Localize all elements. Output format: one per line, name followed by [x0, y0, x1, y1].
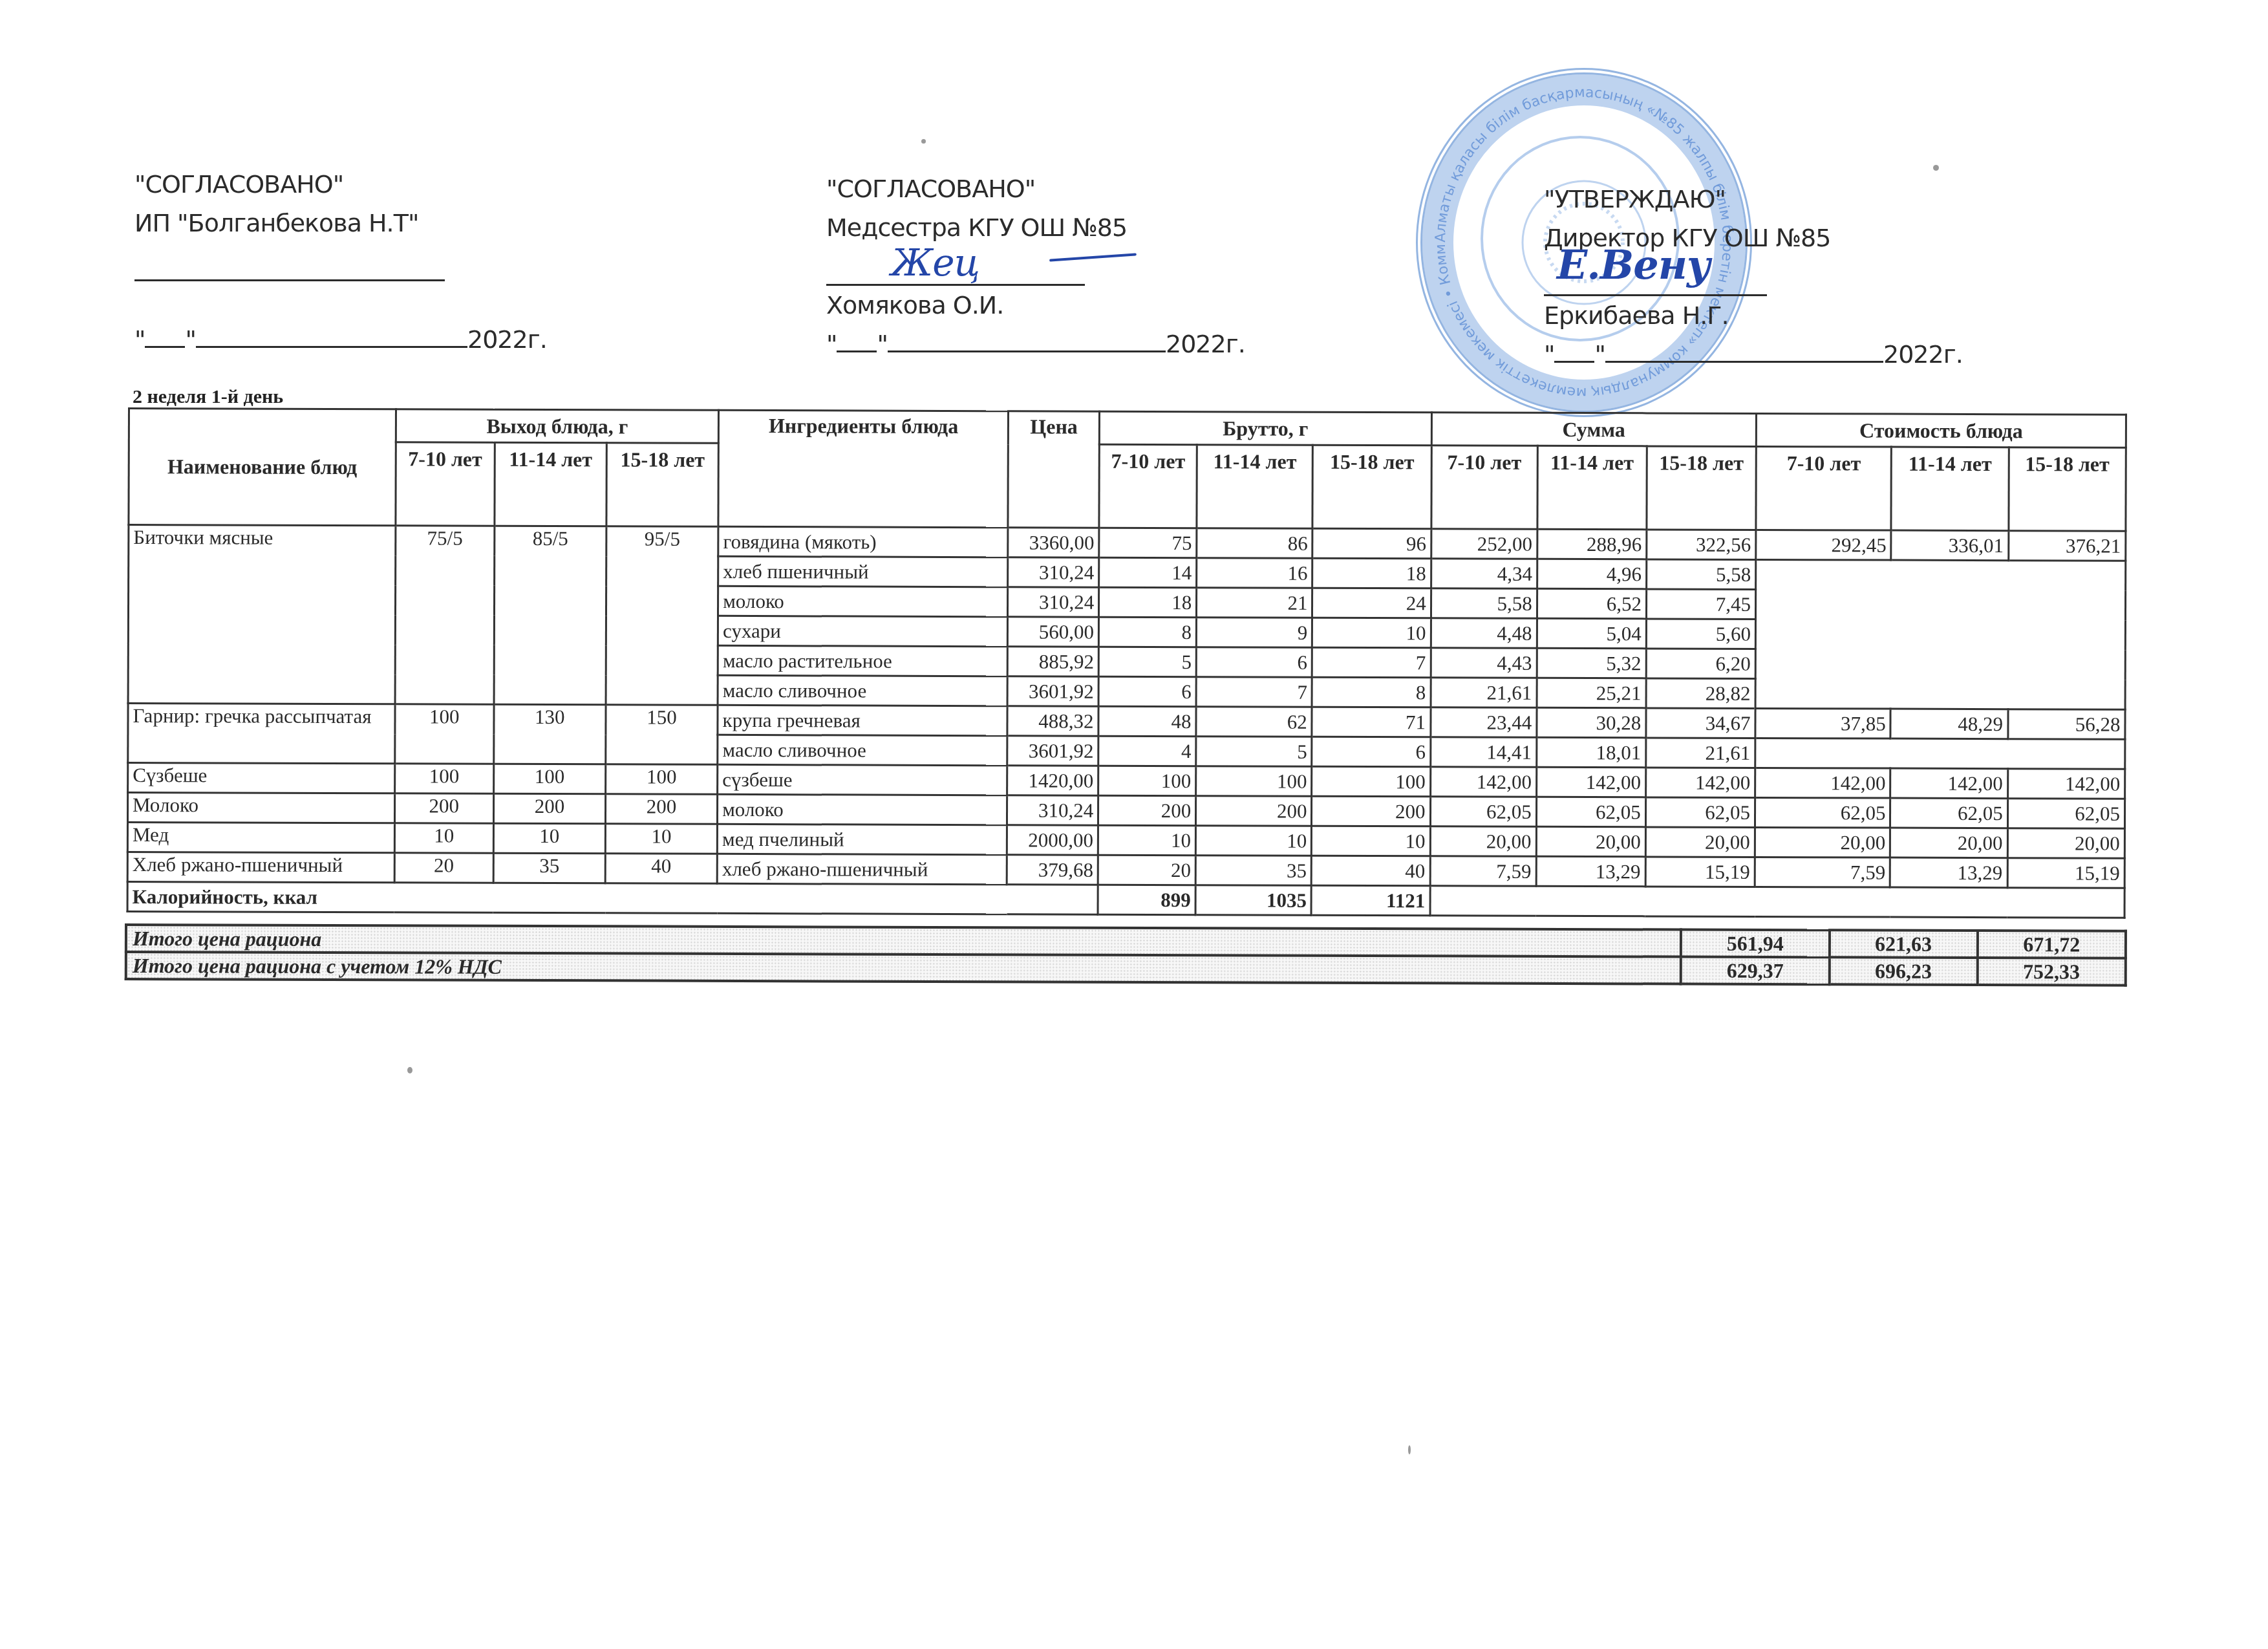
- dish-cost: 37,85: [1755, 708, 1891, 738]
- ingredient-brutto: 86: [1197, 528, 1312, 559]
- totals-value: 671,72: [1978, 931, 2126, 958]
- ingredient-sum: 288,96: [1537, 529, 1646, 559]
- signature-stroke: [1049, 253, 1137, 261]
- totals-value: 561,94: [1681, 930, 1829, 958]
- ingredient-name: говядина (мякоть): [718, 526, 1008, 557]
- ingredient-price: 3601,92: [1007, 676, 1098, 706]
- approval-block-director: "УТВЕРЖДАЮ" Директор КГУ ОШ №85 Е.Вену Е…: [1544, 180, 1963, 374]
- dish-cost: 20,00: [2007, 828, 2125, 859]
- ingredient-brutto: 10: [1098, 825, 1195, 855]
- ingredient-sum: 5,04: [1537, 618, 1646, 649]
- scan-speck: [1933, 165, 1939, 171]
- dish-cost: 7,59: [1755, 857, 1890, 887]
- ingredient-price: 3601,92: [1007, 736, 1098, 766]
- ingredient-sum: 4,48: [1431, 618, 1537, 649]
- ingredient-sum: 62,05: [1536, 797, 1645, 827]
- calories-value: 1121: [1311, 885, 1429, 916]
- month-blank: [1605, 341, 1883, 363]
- ingredient-sum: 7,45: [1646, 589, 1755, 620]
- ingredient-price: 1420,00: [1007, 766, 1098, 795]
- totals-value: 752,33: [1977, 958, 2125, 986]
- dish-yield: 100: [493, 764, 605, 794]
- ingredient-price: 560,00: [1008, 617, 1099, 647]
- dish-cost: 48,29: [1890, 709, 2007, 739]
- ingredient-name: мед пчелиный: [718, 824, 1007, 854]
- ingredient-name: хлеб ржано-пшеничный: [717, 854, 1007, 884]
- menu-table: Наименование блюд Выход блюда, г Ингреди…: [127, 407, 2127, 919]
- ingredient-brutto: 96: [1312, 528, 1431, 559]
- dish-yield: 10: [394, 823, 493, 853]
- ingredient-sum: 62,05: [1645, 797, 1755, 828]
- dish-name: Гарнир: гречка рассыпчатая: [128, 704, 395, 764]
- dish-cost: 142,00: [2007, 769, 2125, 799]
- approval-position: ИП "Болганбекова Н.Т": [134, 204, 547, 242]
- dish-name: Биточки мясные: [128, 525, 396, 704]
- approval-date: ""2022г.: [134, 320, 547, 359]
- dish-yield: 200: [394, 793, 493, 823]
- handwritten-signature: Жец: [891, 243, 979, 282]
- ingredient-sum: 20,00: [1645, 827, 1755, 857]
- totals-label: Итого цена рациона с учетом 12% НДС: [126, 952, 1681, 984]
- calories-value: 899: [1098, 885, 1195, 914]
- calories-empty: [1430, 886, 2125, 918]
- ingredient-brutto: 7: [1196, 677, 1312, 707]
- ingredient-brutto: 200: [1312, 796, 1430, 826]
- day-blank: [837, 331, 877, 352]
- ingredient-brutto: 18: [1312, 558, 1431, 588]
- scan-speck: [1408, 1445, 1411, 1454]
- approval-year: 2022г.: [1166, 330, 1245, 358]
- header-brutto-age-1: 7-10 лет: [1099, 444, 1197, 528]
- ingredient-sum: 62,05: [1430, 797, 1536, 827]
- ingredient-brutto: 8: [1099, 617, 1197, 647]
- header-cost-age-2: 11-14 лет: [1891, 447, 2009, 531]
- ingredient-price: 310,24: [1008, 557, 1099, 587]
- calories-label: Калорийность, ккал: [127, 882, 1098, 915]
- ingredient-sum: 6,52: [1537, 588, 1646, 619]
- ingredient-sum: 142,00: [1430, 767, 1536, 797]
- header-sum-age-1: 7-10 лет: [1431, 446, 1538, 530]
- dish-cost: 13,29: [1890, 857, 2007, 888]
- ingredient-sum: 5,60: [1646, 619, 1755, 649]
- ingredient-sum: 4,43: [1431, 648, 1537, 678]
- dish-cost: 62,05: [1890, 798, 2007, 828]
- ingredient-sum: 6,20: [1646, 649, 1755, 679]
- ingredient-brutto: 18: [1099, 587, 1197, 617]
- month-blank: [196, 327, 467, 348]
- dish-cost: 376,21: [2008, 531, 2126, 561]
- ingredient-name: масло сливочное: [718, 675, 1007, 706]
- ingredient-name: молоко: [718, 794, 1007, 824]
- scan-speck: [921, 139, 926, 144]
- ingredient-brutto: 48: [1098, 706, 1196, 736]
- dish-yield: 200: [493, 793, 605, 824]
- ingredient-brutto: 200: [1196, 796, 1312, 826]
- header-cost-age-3: 15-18 лет: [2009, 447, 2126, 532]
- ingredient-name: сухари: [718, 616, 1008, 646]
- ingredient-sum: 5,58: [1431, 588, 1537, 619]
- approval-block-supplier: "СОГЛАСОВАНО" ИП "Болганбекова Н.Т" ""20…: [134, 165, 547, 359]
- dish-yield: 100: [394, 764, 493, 793]
- day-title: 2 неделя 1-й день: [133, 386, 283, 408]
- approval-title: "УТВЕРЖДАЮ": [1544, 180, 1963, 219]
- ingredient-sum: 142,00: [1536, 767, 1645, 797]
- ingredient-sum: 5,32: [1537, 648, 1646, 678]
- ingredient-brutto: 6: [1196, 647, 1312, 678]
- approval-year: 2022г.: [467, 325, 547, 354]
- approval-date: ""2022г.: [826, 325, 1245, 363]
- dish-yield: 95/5: [606, 526, 718, 706]
- header-brutto-age-2: 11-14 лет: [1197, 445, 1313, 529]
- ingredient-brutto: 5: [1098, 647, 1196, 676]
- header-dish-name: Наименование блюд: [129, 409, 396, 526]
- dish-cost: 292,45: [1756, 530, 1892, 560]
- dish-yield: 85/5: [494, 526, 606, 705]
- ingredient-price: 310,24: [1008, 587, 1099, 617]
- totals-table: Итого цена рациона561,94621,63671,72Итог…: [125, 923, 2127, 987]
- ingredient-brutto: 21: [1197, 588, 1312, 618]
- ingredient-sum: 30,28: [1537, 707, 1646, 738]
- totals-value: 621,63: [1829, 930, 1977, 958]
- dish-name: Сүзбеше: [128, 763, 395, 793]
- approval-name: Еркибаева Н.Г.: [1544, 296, 1963, 335]
- dish-cost: 142,00: [1755, 768, 1891, 798]
- dish-cost: 20,00: [1755, 827, 1890, 857]
- header-yield: Выход блюда, г: [396, 409, 719, 444]
- ingredient-name: хлеб пшеничный: [718, 556, 1008, 587]
- ingredient-brutto: 100: [1312, 766, 1430, 797]
- ingredient-sum: 7,59: [1430, 856, 1536, 887]
- ingredient-brutto: 6: [1312, 737, 1430, 767]
- calories-row: Калорийность, ккал89910351121: [127, 882, 2124, 918]
- empty-cost-area: [1755, 559, 2126, 709]
- day-blank: [145, 327, 185, 348]
- table-body: Биточки мясные75/585/595/5говядина (мяко…: [127, 525, 2126, 918]
- ingredient-brutto: 9: [1197, 618, 1312, 648]
- ingredient-brutto: 6: [1098, 676, 1196, 706]
- dish-name: Мед: [127, 823, 394, 853]
- ingredient-sum: 15,19: [1645, 857, 1755, 887]
- header-sum: Сумма: [1431, 413, 1757, 447]
- header-yield-age-2: 11-14 лет: [495, 442, 607, 526]
- ingredient-brutto: 24: [1312, 588, 1431, 618]
- ingredient-brutto: 8: [1312, 677, 1430, 707]
- ingredient-price: 2000,00: [1007, 825, 1098, 855]
- header-price: Цена: [1008, 411, 1100, 528]
- totals-value: 629,37: [1681, 957, 1829, 985]
- ingredient-brutto: 71: [1312, 707, 1430, 737]
- ingredient-sum: 21,61: [1646, 738, 1755, 768]
- approval-block-nurse: "СОГЛАСОВАНО" Медсестра КГУ ОШ №85 Жец Х…: [826, 169, 1245, 363]
- dish-yield: 150: [606, 705, 718, 765]
- ingredient-sum: 142,00: [1645, 768, 1755, 798]
- approval-position: Медсестра КГУ ОШ №85: [826, 208, 1245, 247]
- day-blank: [1554, 341, 1594, 363]
- ingredient-brutto: 10: [1312, 826, 1430, 856]
- ingredient-sum: 25,21: [1537, 678, 1646, 708]
- approval-year: 2022г.: [1883, 340, 1963, 369]
- ingredient-sum: 4,34: [1431, 559, 1537, 589]
- ingredient-brutto: 20: [1098, 855, 1195, 885]
- approval-date: ""2022г.: [1544, 335, 1963, 374]
- calories-value: 1035: [1195, 885, 1311, 916]
- ingredient-price: 885,92: [1007, 647, 1098, 676]
- ingredient-brutto: 40: [1312, 856, 1430, 886]
- ingredient-name: масло растительное: [718, 645, 1007, 676]
- ingredient-brutto: 75: [1099, 528, 1197, 557]
- dish-name: Хлеб ржано-пшеничный: [127, 852, 394, 883]
- ingredient-sum: 322,56: [1647, 530, 1756, 560]
- totals-value: 696,23: [1829, 957, 1977, 985]
- dish-cost: 15,19: [2007, 858, 2125, 889]
- ingredient-sum: 252,00: [1431, 529, 1537, 559]
- dish-cost: 56,28: [2008, 709, 2126, 740]
- ingredient-brutto: 16: [1197, 558, 1312, 588]
- ingredient-brutto: 14: [1099, 557, 1197, 587]
- dish-yield: 20: [394, 853, 493, 883]
- ingredient-brutto: 5: [1196, 737, 1312, 767]
- dish-cost: 20,00: [1890, 828, 2007, 858]
- header-cost-age-1: 7-10 лет: [1756, 446, 1892, 530]
- table-header: Наименование блюд Выход блюда, г Ингреди…: [129, 409, 2126, 532]
- dish-yield: 200: [605, 794, 717, 824]
- dish-name: Молоко: [127, 793, 394, 823]
- ingredient-sum: 28,82: [1646, 678, 1755, 709]
- approval-header: "СОГЛАСОВАНО" ИП "Болганбекова Н.Т" ""20…: [0, 0, 2268, 388]
- totals-label: Итого цена рациона: [126, 925, 1681, 957]
- table-row: Биточки мясные75/585/595/5говядина (мяко…: [129, 525, 2126, 561]
- ingredient-price: 3360,00: [1008, 528, 1099, 557]
- ingredient-brutto: 7: [1312, 647, 1431, 678]
- ingredient-sum: 20,00: [1430, 826, 1536, 857]
- header-brutto: Брутто, г: [1099, 411, 1431, 446]
- dish-cost: 336,01: [1891, 530, 2008, 561]
- dish-yield: 10: [493, 823, 605, 854]
- header-brutto-age-3: 15-18 лет: [1312, 445, 1431, 529]
- ingredient-name: молоко: [718, 586, 1008, 616]
- ingredient-sum: 13,29: [1536, 856, 1645, 887]
- empty-cost-area: [1755, 738, 2125, 769]
- dish-cost: 62,05: [1755, 797, 1890, 828]
- ingredient-brutto: 10: [1196, 826, 1312, 856]
- approval-title: "СОГЛАСОВАНО": [826, 169, 1245, 208]
- dish-yield: 100: [395, 704, 494, 764]
- ingredient-price: 310,24: [1007, 795, 1098, 825]
- ingredient-brutto: 100: [1098, 766, 1196, 795]
- ingredient-sum: 18,01: [1536, 737, 1645, 768]
- ingredient-brutto: 4: [1098, 736, 1196, 766]
- approval-title: "СОГЛАСОВАНО": [134, 165, 547, 204]
- table-row: Гарнир: гречка рассыпчатая100130150крупа…: [128, 704, 2125, 740]
- scan-speck: [407, 1067, 412, 1073]
- ingredient-sum: 5,58: [1646, 559, 1755, 590]
- dish-yield: 35: [493, 853, 605, 883]
- ingredient-brutto: 10: [1312, 618, 1431, 648]
- ingredient-sum: 34,67: [1646, 708, 1755, 738]
- ingredient-price: 379,68: [1007, 855, 1098, 885]
- ingredient-name: масло сливочное: [718, 735, 1007, 765]
- dish-yield: 130: [494, 704, 606, 764]
- ingredient-sum: 4,96: [1537, 559, 1646, 589]
- ingredient-brutto: 62: [1196, 707, 1312, 737]
- header-ingredients: Ингредиенты блюда: [718, 410, 1009, 527]
- dish-yield: 10: [605, 824, 717, 854]
- ingredient-price: 488,32: [1007, 706, 1098, 736]
- dish-yield: 100: [606, 764, 718, 795]
- totals-row: Итого цена рациона с учетом 12% НДС629,3…: [126, 952, 2126, 986]
- ingredient-brutto: 100: [1196, 766, 1312, 797]
- ingredient-name: крупа гречневая: [718, 705, 1007, 735]
- dish-yield: 40: [605, 854, 717, 884]
- dish-yield: 75/5: [395, 526, 495, 704]
- ingredient-sum: 20,00: [1536, 826, 1645, 857]
- ingredient-sum: 21,61: [1431, 678, 1537, 708]
- dish-cost: 142,00: [1890, 768, 2007, 799]
- ingredient-sum: 14,41: [1430, 737, 1536, 768]
- ingredient-sum: 23,44: [1431, 707, 1537, 738]
- approval-name: Хомякова О.И.: [826, 286, 1245, 325]
- header-sum-age-2: 11-14 лет: [1537, 446, 1647, 530]
- signature-line: [134, 257, 445, 281]
- ingredient-brutto: 200: [1098, 795, 1196, 825]
- header-sum-age-3: 15-18 лет: [1647, 446, 1757, 530]
- handwritten-signature: Е.Вену: [1557, 246, 1710, 285]
- month-blank: [888, 331, 1166, 352]
- dish-cost: 62,05: [2007, 799, 2125, 829]
- ingredient-brutto: 35: [1195, 856, 1311, 886]
- header-yield-age-3: 15-18 лет: [606, 443, 719, 527]
- ingredient-name: сүзбеше: [718, 764, 1007, 795]
- header-yield-age-1: 7-10 лет: [396, 442, 495, 526]
- header-cost: Стоимость блюда: [1756, 413, 2126, 447]
